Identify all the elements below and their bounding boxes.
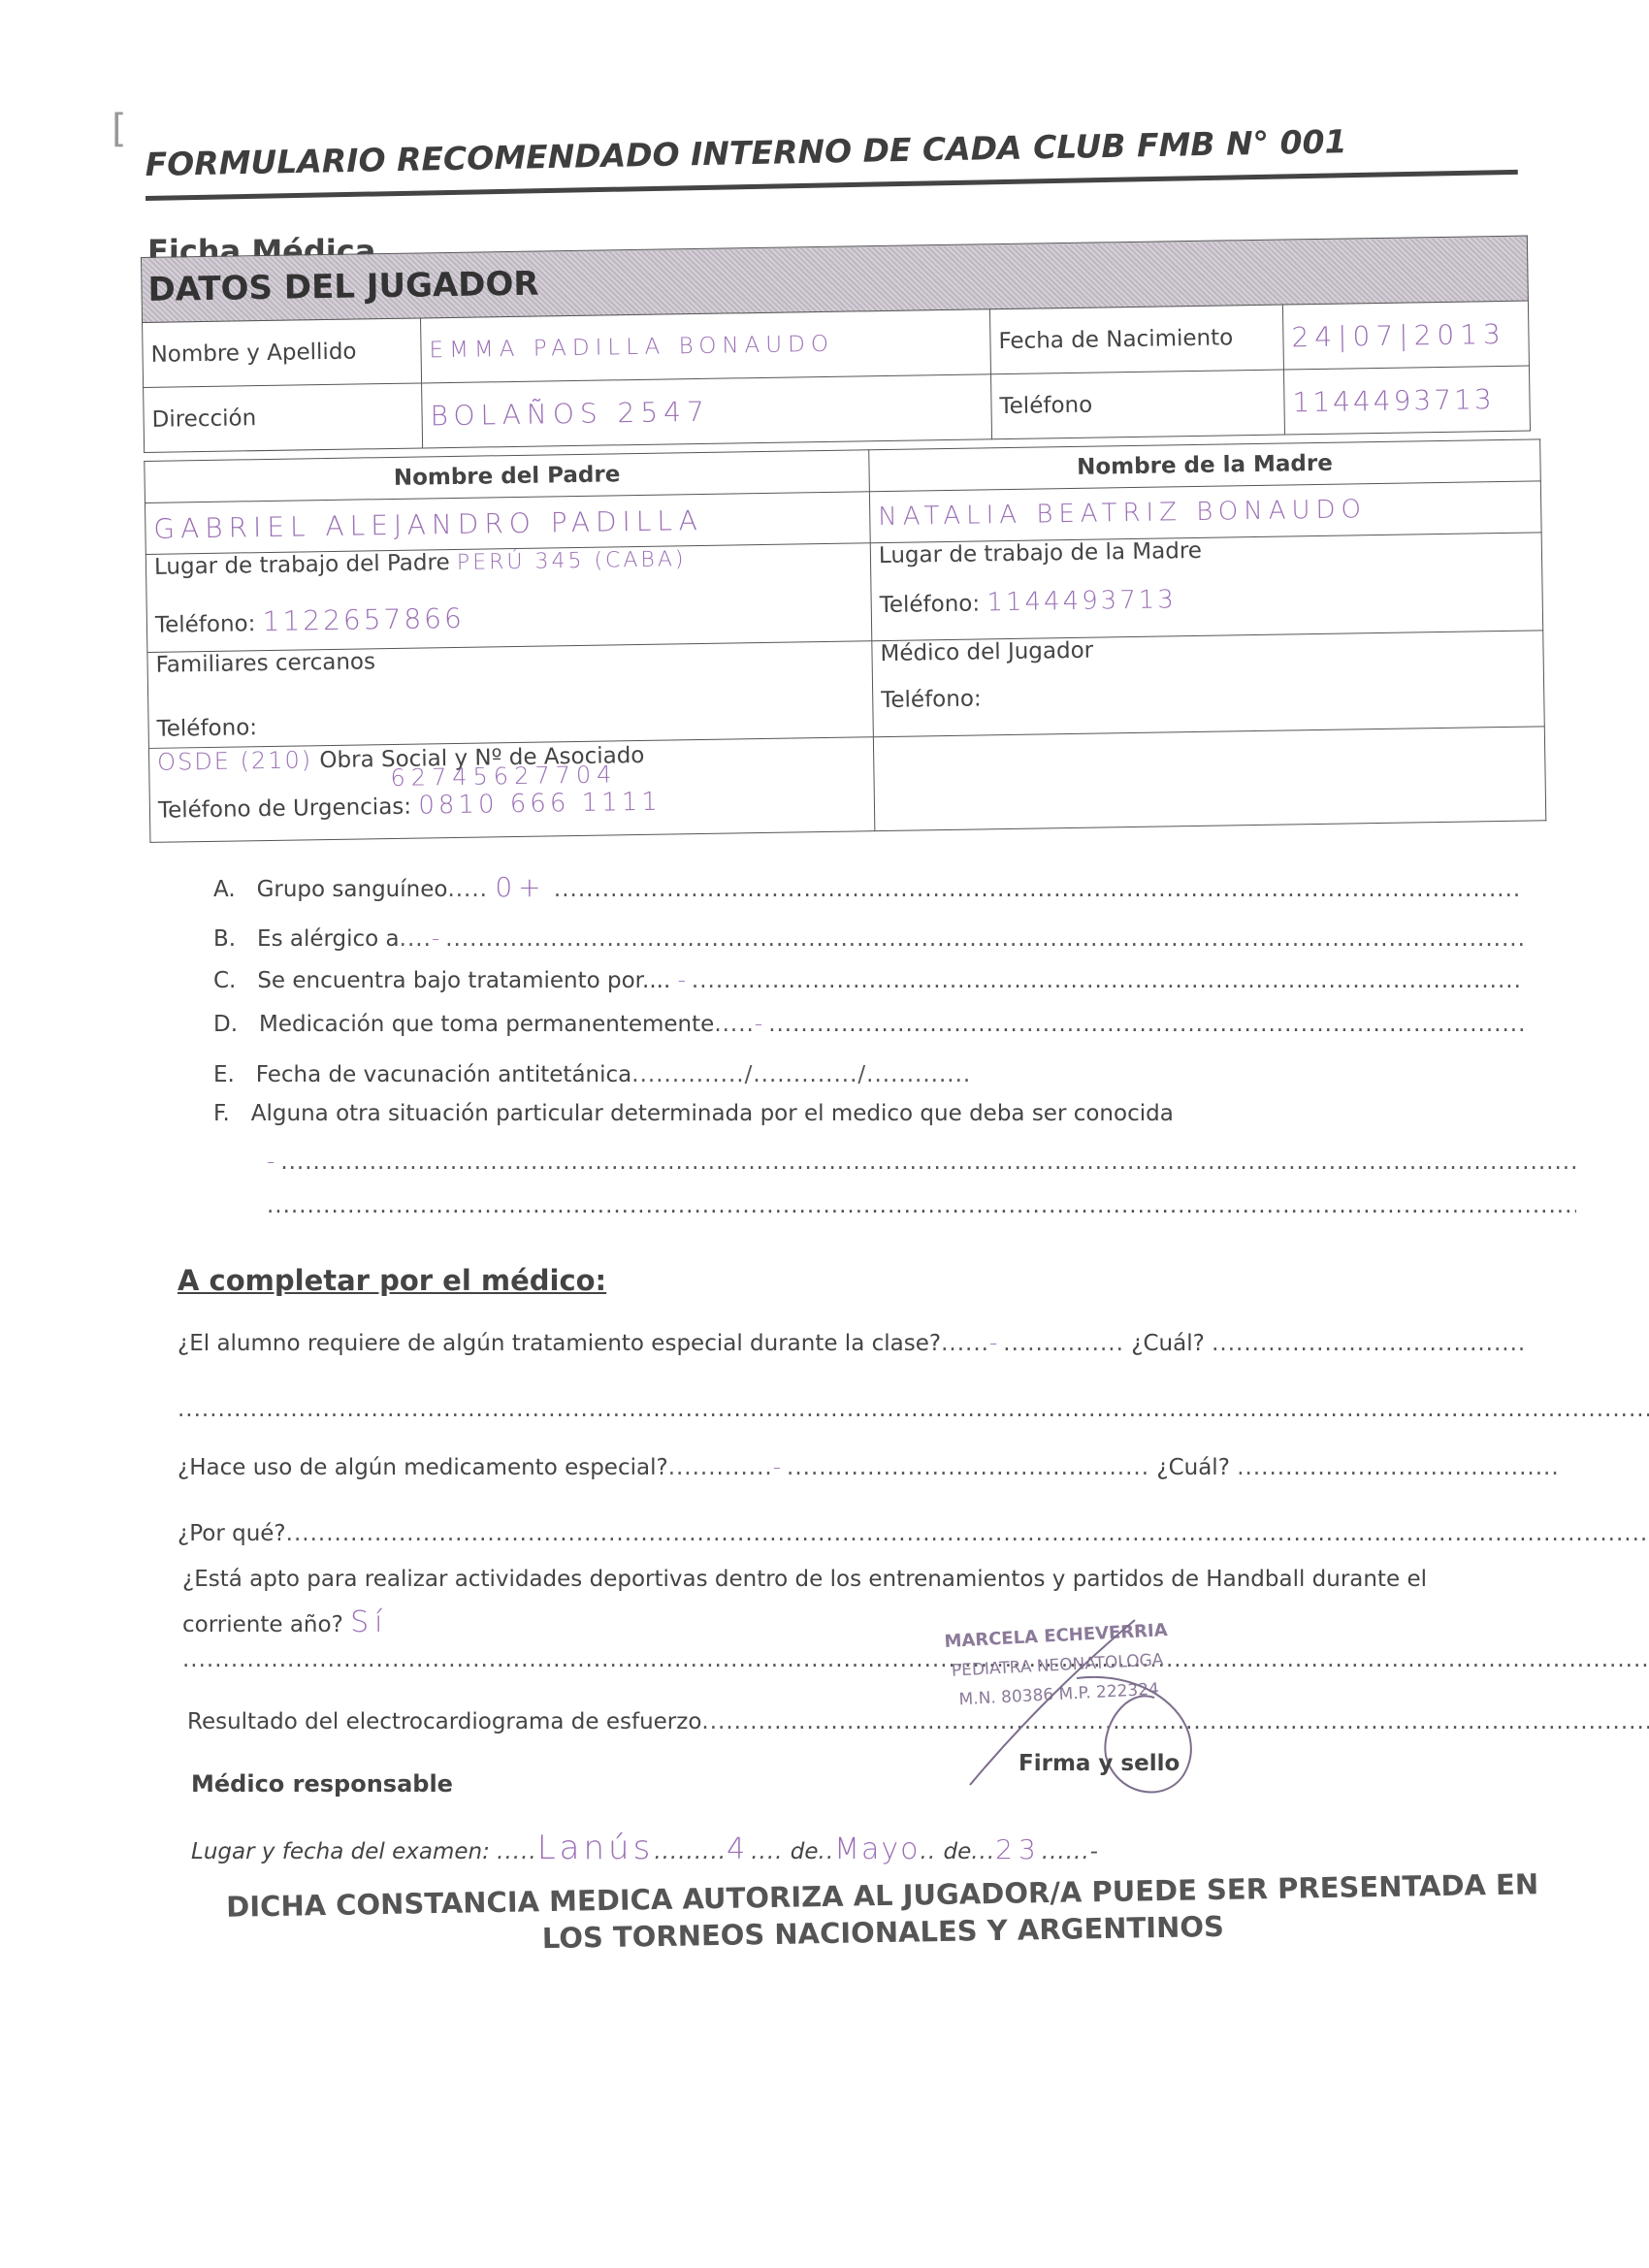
q5-label: Resultado del electrocardiograma de esfu…: [187, 1709, 701, 1734]
item-value: -: [432, 926, 445, 952]
item-letter: A.: [213, 877, 236, 902]
q-apto-dotted-line[interactable]: ........................................…: [182, 1647, 1649, 1672]
q4-value: Sí: [350, 1605, 388, 1639]
mes-value: Mayo: [834, 1832, 920, 1866]
obra-social-value: OSDE (210): [157, 746, 312, 776]
asociado-value: 62745627704: [390, 761, 617, 792]
q1-label: ¿El alumno requiere de algún tratamiento…: [178, 1331, 941, 1356]
medico-tel-label: Teléfono:: [881, 677, 1536, 713]
item-tratamiento[interactable]: C. Se encuentra bajo tratamiento por....…: [213, 968, 1523, 993]
parents-table: Nombre del Padre Nombre de la Madre GABR…: [144, 438, 1546, 843]
nombre-field[interactable]: EMMA PADILLA BONAUDO: [421, 309, 991, 383]
firma-sello-label: Firma y sello: [1018, 1751, 1180, 1776]
q2-cual-label: ¿Cuál?: [1156, 1455, 1230, 1480]
item-value: -: [755, 1012, 768, 1037]
item-letter: F.: [213, 1101, 230, 1126]
madre-tel-value: 1144493713: [986, 585, 1177, 617]
item-grupo-sanguineo[interactable]: A. Grupo sanguíneo..... 0+ .............…: [213, 871, 1523, 903]
item-otra-situacion[interactable]: F. Alguna otra situación particular dete…: [213, 1101, 1523, 1126]
medical-form-page: [ FORMULARIO RECOMENDADO INTERNO DE CADA…: [0, 0, 1649, 2268]
familiares-tel-label: Teléfono:: [156, 705, 864, 741]
item-medicacion[interactable]: D. Medicación que toma permanentemente..…: [213, 1012, 1523, 1037]
player-data-tables: DATOS DEL JUGADOR Nombre y Apellido EMMA…: [141, 236, 1536, 843]
item-label: Fecha de vacunación antitetánica: [256, 1062, 631, 1087]
lugar-value: Lanús: [537, 1829, 655, 1867]
q-electrocardiograma[interactable]: Resultado del electrocardiograma de esfu…: [187, 1709, 1649, 1734]
q-apto-line1: ¿Está apto para realizar actividades dep…: [182, 1567, 1427, 1592]
urgencias-label: Teléfono de Urgencias:: [158, 794, 411, 824]
q2-value: -: [773, 1455, 787, 1480]
item-letter: B.: [213, 926, 236, 952]
item-letter: D.: [213, 1012, 238, 1037]
footer-notice: DICHA CONSTANCIA MEDICA AUTORIZA AL JUGA…: [193, 1865, 1571, 1963]
telefono-value: 1144493713: [1292, 383, 1495, 418]
padre-trabajo-cell[interactable]: Lugar de trabajo del Padre PERÚ 345 (CAB…: [145, 543, 871, 653]
item-label: Grupo sanguíneo: [257, 877, 448, 902]
lugar-fecha-field[interactable]: Lugar y fecha del examen: .....Lanús....…: [191, 1829, 1099, 1867]
padre-trabajo-value: PERÚ 345 (CABA): [457, 547, 687, 575]
item-letter: C.: [213, 968, 236, 993]
telefono-label: Teléfono: [991, 370, 1285, 439]
q2-label: ¿Hace uso de algún medicamento especial?: [178, 1455, 668, 1480]
q3-label: ¿Por qué?: [178, 1521, 286, 1546]
direccion-label: Dirección: [144, 383, 423, 452]
item-label: Es alérgico a: [257, 926, 400, 952]
madre-trabajo-cell[interactable]: Lugar de trabajo de la Madre Teléfono: 1…: [870, 533, 1543, 641]
item-label: Medicación que toma permanentemente: [259, 1012, 714, 1037]
q4-label: corriente año?: [182, 1612, 343, 1637]
madre-name-value: NATALIA BEATRIZ BONAUDO: [878, 495, 1367, 532]
item-value: 0+: [495, 871, 546, 903]
q-por-que[interactable]: ¿Por qué?...............................…: [178, 1521, 1649, 1546]
dia-value: 4: [727, 1832, 751, 1866]
padre-tel-value: 1122657866: [262, 602, 465, 637]
familiares-cell[interactable]: Familiares cercanos Teléfono:: [147, 641, 873, 749]
madre-tel-label: Teléfono:: [880, 591, 981, 618]
medico-responsable-label: Médico responsable: [191, 1770, 453, 1798]
item-value: -: [267, 1150, 280, 1175]
telefono-field[interactable]: 1144493713: [1283, 366, 1530, 435]
doctor-section-title: A completar por el médico:: [178, 1264, 606, 1297]
de-label: de: [943, 1839, 971, 1864]
item-otra-situacion-line2[interactable]: ........................................…: [267, 1193, 1576, 1218]
item-letter: E.: [213, 1062, 235, 1087]
empty-cell: [873, 727, 1545, 831]
padre-name-value: GABRIEL ALEJANDRO PADILLA: [153, 503, 703, 544]
fecha-nac-value: 24|07|2013: [1291, 317, 1506, 352]
anio-value: 23: [995, 1833, 1042, 1865]
nombre-value: EMMA PADILLA BONAUDO: [429, 332, 834, 364]
q-medicamento-especial[interactable]: ¿Hace uso de algún medicamento especial?…: [178, 1455, 1560, 1480]
de-label: de: [791, 1839, 819, 1864]
item-label: Alguna otra situación particular determi…: [251, 1101, 1174, 1126]
direccion-value: BOLAÑOS 2547: [430, 395, 710, 432]
q-tratamiento-line[interactable]: ........................................…: [178, 1397, 1649, 1422]
padre-trabajo-label: Lugar de trabajo del Padre: [154, 550, 450, 580]
lugar-label: Lugar y fecha del examen:: [191, 1839, 490, 1864]
q1-value: -: [989, 1331, 1003, 1356]
player-data-table: DATOS DEL JUGADOR Nombre y Apellido EMMA…: [141, 236, 1531, 453]
direccion-field[interactable]: BOLAÑOS 2547: [422, 374, 992, 448]
medico-jugador-cell[interactable]: Médico del Jugador Teléfono:: [872, 631, 1544, 737]
q-apto-line2[interactable]: corriente año? Sí: [182, 1605, 388, 1639]
fecha-nac-label: Fecha de Nacimiento: [989, 305, 1283, 374]
nombre-label: Nombre y Apellido: [143, 318, 422, 387]
padre-tel-label: Teléfono:: [155, 611, 256, 638]
scan-mark: [: [112, 107, 127, 151]
item-value: ............../............./...........…: [631, 1062, 971, 1087]
item-alergico[interactable]: B. Es alérgico a....-...................…: [213, 926, 1523, 952]
item-label: Se encuentra bajo tratamiento por....: [257, 968, 670, 993]
item-value: -: [678, 968, 692, 993]
q1-cual-label: ¿Cuál?: [1131, 1331, 1205, 1356]
item-vacunacion[interactable]: E. Fecha de vacunación antitetánica.....…: [213, 1062, 1523, 1087]
signature-icon: [960, 1610, 1251, 1843]
fecha-nac-field[interactable]: 24|07|2013: [1282, 301, 1529, 370]
q-tratamiento-especial[interactable]: ¿El alumno requiere de algún tratamiento…: [178, 1331, 1526, 1356]
urgencias-value: 0810 666 1111: [418, 788, 662, 821]
item-otra-situacion-line1[interactable]: -.......................................…: [267, 1150, 1576, 1175]
obra-social-cell[interactable]: OSDE (210) Obra Social y Nº de Asociado …: [148, 737, 874, 843]
